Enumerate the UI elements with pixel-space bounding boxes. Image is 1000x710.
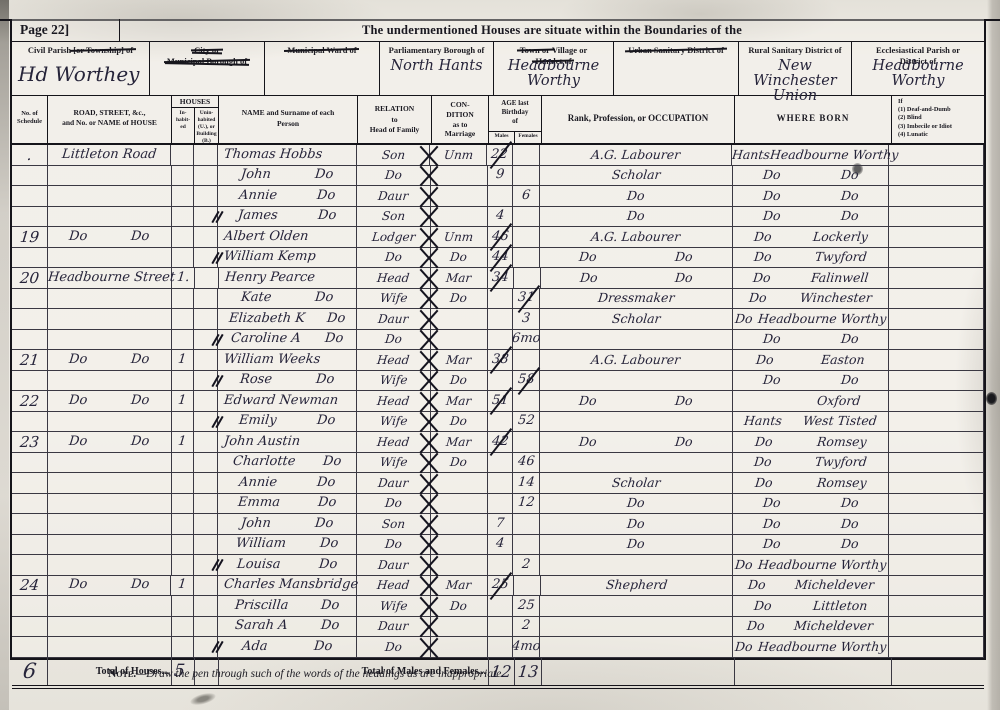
condition-cell: Mar [431, 432, 488, 452]
infirmity-cell [889, 555, 984, 575]
relation-cell: Do [357, 330, 431, 350]
census-row: 23DoDo1John AustinHeadMar42DoDoDoRomsey [12, 432, 984, 453]
scan-right-edge [987, 0, 1000, 710]
age-female-cell: 14 [513, 473, 540, 493]
road-cell [48, 330, 172, 350]
schedule-number-cell: 20 [12, 268, 48, 288]
schedule-number-cell [12, 186, 48, 206]
occupation-cell: Do [540, 535, 732, 555]
road-cell [48, 289, 172, 309]
road-cell: DoDo [48, 391, 172, 411]
district-printed-label: Municipal Ward of [265, 42, 379, 56]
road-cell: Littleton Road [48, 145, 172, 165]
age-female-cell [513, 514, 540, 534]
occupation-cell: DoDo [540, 391, 732, 411]
col-header-age: AGE last Birthday of Males Females [489, 96, 542, 143]
col-header-road: ROAD, STREET, &c., and No. or NAME of HO… [48, 96, 172, 143]
condition-cell [431, 207, 488, 227]
col-header-males: Males [489, 132, 515, 143]
road-cell [48, 453, 172, 473]
where-born-cell: DoDo [733, 371, 890, 391]
col-header-inhabited: In- habit- ed [172, 108, 195, 143]
schedule-number-cell [12, 596, 48, 616]
road-cell [48, 248, 172, 268]
inhabited-cell [172, 371, 195, 391]
road-cell [48, 555, 172, 575]
uninhabited-cell [194, 166, 218, 186]
road-cell [48, 309, 172, 329]
schedule-number-cell [12, 207, 48, 227]
age-male-cell [488, 637, 514, 657]
census-row: Sarah ADoDaur2DoMicheldever [12, 617, 984, 638]
boundary-title: The undermentioned Houses are situate wi… [120, 19, 984, 41]
district-printed-label: City orMunicipal Borough of [150, 42, 264, 66]
relation-cell: Do [357, 494, 431, 514]
totals-blank-occupation [542, 658, 735, 685]
condition-cell: Unm [430, 145, 487, 165]
where-born-cell: DoLittleton [733, 596, 890, 616]
where-born-cell: DoHeadbourne Worthy [733, 637, 890, 657]
name-cell: Edward Newman [218, 391, 357, 411]
district-handwritten-value: Hd Worthey [12, 64, 149, 85]
uninhabited-cell [194, 227, 218, 247]
inhabited-cell [172, 186, 195, 206]
total-schedules: 6 [12, 658, 48, 685]
road-cell [48, 186, 172, 206]
age-male-cell: 38 [488, 350, 514, 370]
where-born-cell: DoDo [733, 330, 890, 350]
infirmity-cell [889, 350, 984, 370]
col-header-infirmity: If (1) Deaf-and-Dumb (2) Blind (3) Imbec… [892, 96, 984, 143]
relation-cell: Head [357, 350, 431, 370]
age-label: AGE last Birthday of [489, 96, 541, 131]
col-header-name: NAME and Surname of each Person [219, 96, 358, 143]
uninhabited-cell [194, 207, 218, 227]
inhabited-cell: 1 [172, 432, 195, 452]
inhabited-cell [172, 617, 195, 637]
where-born-cell: DoRomsey [733, 473, 890, 493]
age-male-cell: 42 [488, 432, 514, 452]
name-cell: JamesDo [218, 207, 357, 227]
age-female-cell [513, 432, 540, 452]
name-cell: Caroline ADo [218, 330, 357, 350]
infirmity-cell [889, 248, 984, 268]
age-male-cell [488, 371, 514, 391]
road-cell [48, 494, 172, 514]
schedule-number-cell: 21 [12, 350, 48, 370]
relation-cell: Daur [357, 473, 431, 493]
age-male-cell [488, 555, 514, 575]
col-header-occupation: Rank, Profession, or OCCUPATION [542, 96, 735, 143]
where-born-cell: DoTwyford [733, 248, 890, 268]
where-born-cell: DoDo [733, 207, 890, 227]
footnote-body: —Draw the pen through such of the words … [136, 668, 504, 680]
condition-cell [431, 494, 488, 514]
age-female-cell [514, 268, 541, 288]
where-born-cell: DoDo [733, 514, 890, 534]
infirmity-cell [889, 207, 984, 227]
inhabited-cell [172, 248, 195, 268]
name-cell: WilliamDo [218, 535, 357, 555]
condition-cell [431, 637, 488, 657]
condition-cell [431, 555, 488, 575]
occupation-cell [540, 637, 732, 657]
census-row: CharlotteDoWifeDo46DoTwyford [12, 453, 984, 474]
condition-cell: Do [431, 371, 488, 391]
infirmity-cell [889, 453, 984, 473]
road-cell [48, 535, 172, 555]
age-female-cell: 25 [513, 596, 540, 616]
inhabited-cell: 1 [172, 350, 195, 370]
age-male-cell [488, 186, 514, 206]
uninhabited-cell [194, 453, 218, 473]
schedule-number-cell [12, 371, 48, 391]
schedule-number-cell [12, 535, 48, 555]
road-cell: DoDo [48, 576, 172, 596]
census-row: 22DoDo1Edward NewmanHeadMar51DoDoOxford [12, 391, 984, 412]
name-cell: AnnieDo [218, 473, 357, 493]
age-female-cell [513, 391, 540, 411]
footnote-head: Note. [108, 668, 136, 680]
where-born-cell: Oxford [733, 391, 890, 411]
inhabited-cell [172, 289, 195, 309]
census-row: AdaDoDo4moDoHeadbourne Worthy [12, 637, 984, 658]
occupation-cell: A.G. Labourer [540, 227, 732, 247]
census-row: William KempDoDo44DoDoDoTwyford [12, 248, 984, 269]
uninhabited-cell [194, 555, 218, 575]
age-female-cell [513, 145, 540, 165]
uninhabited-cell [194, 637, 218, 657]
condition-cell [431, 186, 488, 206]
infirmity-cell [889, 227, 984, 247]
condition-cell [431, 166, 488, 186]
census-form-frame: Page 22] The undermentioned Houses are s… [10, 19, 986, 660]
census-row: Caroline ADoDo6moDoDo [12, 330, 984, 351]
col-header-condition: CON- DITION as to Marriage [432, 96, 489, 143]
where-born-cell: DoMicheldever [733, 617, 890, 637]
infirmity-cell [889, 391, 984, 411]
age-male-cell: 51 [488, 391, 514, 411]
relation-cell: Head [357, 432, 431, 452]
inhabited-cell: 1 [172, 391, 195, 411]
infirmity-cell [889, 617, 984, 637]
name-cell: William Weeks [218, 350, 357, 370]
infirmity-cell [889, 330, 984, 350]
road-cell [48, 514, 172, 534]
condition-cell: Do [431, 412, 488, 432]
age-female-cell: 2 [513, 617, 540, 637]
schedule-number-cell [12, 494, 48, 514]
census-row: AnnieDoDaur6DoDoDo [12, 186, 984, 207]
where-born-cell: DoLockerly [733, 227, 890, 247]
inhabited-cell [171, 145, 194, 165]
occupation-cell: Scholar [540, 309, 732, 329]
schedule-number-cell: 23 [12, 432, 48, 452]
scan-left-edge [0, 0, 9, 710]
where-born-cell: DoDo [733, 535, 890, 555]
age-male-cell: 4 [488, 207, 514, 227]
schedule-number-cell [12, 412, 48, 432]
relation-cell: Son [357, 145, 431, 165]
census-row: 21DoDo1William WeeksHeadMar38A.G. Labour… [12, 350, 984, 371]
uninhabited-cell [194, 514, 218, 534]
district-handwritten-value: Headbourne Worthy [494, 59, 613, 89]
census-row: KateDoWifeDo31DressmakerDoWinchester [12, 289, 984, 310]
schedule-number-cell [12, 453, 48, 473]
condition-cell [431, 535, 488, 555]
uninhabited-cell [194, 576, 218, 596]
inhabited-cell [172, 309, 195, 329]
relation-cell: Do [357, 637, 431, 657]
census-row: EmilyDoWifeDo52HantsWest Tisted [12, 412, 984, 433]
district-handwritten-value: North Hants [380, 59, 493, 74]
age-female-cell: 2 [513, 555, 540, 575]
name-cell: Henry Pearce [219, 268, 358, 288]
schedule-number-cell [12, 289, 48, 309]
ink-blot [986, 392, 997, 405]
relation-cell: Head [357, 268, 431, 288]
name-cell: John Austin [218, 432, 357, 452]
occupation-cell: DoDo [540, 432, 732, 452]
totals-blank-born [735, 658, 892, 685]
census-row: Elizabeth KDoDaur3ScholarDoHeadbourne Wo… [12, 309, 984, 330]
age-male-cell [488, 330, 514, 350]
col-header-uninhabited: Unin- habited (U.), or Building (B.) [195, 108, 218, 143]
relation-cell: Wife [357, 371, 431, 391]
occupation-cell [540, 453, 732, 473]
name-cell: EmmaDo [218, 494, 357, 514]
infirmity-cell [889, 412, 984, 432]
condition-cell: Mar [431, 268, 488, 288]
district-header-5: Town or Village orHamlet ofHeadbourne Wo… [494, 42, 614, 95]
infirmity-cell [889, 535, 984, 555]
name-cell: PriscillaDo [218, 596, 357, 616]
road-cell: DoDo [48, 350, 172, 370]
age-male-cell: 25 [488, 576, 514, 596]
schedule-number-cell: 22 [12, 391, 48, 411]
uninhabited-cell [194, 248, 218, 268]
uninhabited-cell [194, 371, 218, 391]
condition-cell: Do [431, 596, 488, 616]
infirmity-cell [889, 309, 984, 329]
where-born-cell: DoHeadbourne Worthy [733, 555, 890, 575]
uninhabited-cell [194, 494, 218, 514]
district-printed-label: Civil Parish [or Township] of [12, 42, 149, 56]
name-cell: Charles Mansbridge [218, 576, 357, 596]
age-female-cell [513, 350, 540, 370]
relation-cell: Do [357, 166, 431, 186]
census-scan-page: Page 22] The undermentioned Houses are s… [0, 0, 1000, 710]
uninhabited-cell [194, 289, 218, 309]
occupation-cell: Do [540, 207, 732, 227]
infirmity-cell [889, 473, 984, 493]
age-female-cell: 6mo [513, 330, 540, 350]
name-cell: William Kemp [218, 248, 357, 268]
inhabited-cell [172, 473, 195, 493]
name-cell: Sarah ADo [218, 617, 357, 637]
footnote: Note.—Draw the pen through such of the w… [108, 668, 504, 680]
infirmity-cell [889, 186, 984, 206]
age-male-cell [488, 494, 514, 514]
census-row: RoseDoWifeDo58DoDo [12, 371, 984, 392]
age-male-cell: 22 [487, 145, 513, 165]
age-female-cell: 31 [513, 289, 540, 309]
relation-cell: Wife [357, 412, 431, 432]
uninhabited-cell [194, 309, 218, 329]
condition-cell [431, 514, 488, 534]
age-male-cell [488, 289, 514, 309]
name-cell: KateDo [218, 289, 357, 309]
schedule-number-cell [12, 330, 48, 350]
occupation-cell: A.G. Labourer [540, 145, 732, 165]
age-male-cell: 4 [488, 535, 514, 555]
infirmity-cell [889, 596, 984, 616]
age-female-cell: 6 [513, 186, 540, 206]
census-entries: .Littleton RoadThomas HobbsSonUnm22A.G. … [12, 145, 984, 658]
age-female-cell [513, 166, 540, 186]
where-born-cell: DoTwyford [733, 453, 890, 473]
condition-cell [431, 473, 488, 493]
district-header-7: Rural Sanitary District ofNew Winchester… [739, 42, 852, 95]
district-printed-label: Parliamentary Borough of [380, 42, 493, 56]
name-cell: Thomas Hobbs [218, 145, 356, 165]
infirmity-cell [889, 432, 984, 452]
age-female-cell: 4mo [513, 637, 540, 657]
inhabited-cell [172, 535, 195, 555]
inhabited-cell [172, 596, 195, 616]
inhabited-cell [172, 514, 195, 534]
condition-cell: Mar [431, 350, 488, 370]
name-cell: LouisaDo [218, 555, 357, 575]
occupation-cell: DoDo [541, 268, 733, 288]
houses-label: HOUSES [172, 96, 218, 108]
road-cell [48, 207, 172, 227]
inhabited-cell [172, 637, 195, 657]
schedule-number-cell [12, 473, 48, 493]
road-cell [48, 473, 172, 493]
age-male-cell: 46 [488, 227, 514, 247]
age-female-cell: 3 [513, 309, 540, 329]
occupation-cell: Scholar [540, 473, 732, 493]
uninhabited-cell [194, 186, 218, 206]
district-header-band: Civil Parish [or Township] ofHd WortheyC… [12, 42, 984, 96]
relation-cell: Do [357, 248, 431, 268]
where-born-cell: HantsHeadbourne Worthy [732, 145, 889, 165]
uninhabited-cell [194, 412, 218, 432]
age-female-cell: 58 [513, 371, 540, 391]
inhabited-cell: 1. [172, 268, 195, 288]
road-cell [48, 166, 172, 186]
infirmity-cell [889, 494, 984, 514]
infirmity-cell [889, 166, 984, 186]
uninhabited-cell [194, 535, 218, 555]
col-header-relation: RELATION to Head of Family [358, 96, 432, 143]
census-row: 24DoDo1Charles MansbridgeHeadMar25Shephe… [12, 576, 984, 597]
age-male-cell [488, 596, 514, 616]
inhabited-cell [172, 166, 195, 186]
uninhabited-cell [194, 350, 218, 370]
uninhabited-cell [194, 617, 218, 637]
uninhabited-cell [194, 391, 218, 411]
relation-cell: Wife [357, 596, 431, 616]
infirmity-cell [889, 637, 984, 657]
uninhabited-cell [194, 596, 218, 616]
condition-cell [431, 309, 488, 329]
name-cell: AnnieDo [218, 186, 357, 206]
relation-cell: Daur [357, 617, 431, 637]
relation-cell: Wife [357, 289, 431, 309]
occupation-cell: Dressmaker [540, 289, 732, 309]
district-printed-label: Rural Sanitary District of [739, 42, 851, 56]
inhabited-cell [172, 453, 195, 473]
name-cell: JohnDo [218, 166, 357, 186]
totals-blank-infirmity [892, 658, 984, 685]
occupation-cell [540, 330, 732, 350]
where-born-cell: DoDo [733, 494, 890, 514]
age-male-cell: 34 [488, 268, 514, 288]
name-cell: Albert Olden [218, 227, 357, 247]
uninhabited-cell [194, 432, 218, 452]
name-cell: AdaDo [218, 637, 357, 657]
relation-cell: Do [357, 535, 431, 555]
census-row: JohnDoDo9ScholarDoDo [12, 166, 984, 187]
uninhabited-cell [195, 268, 219, 288]
district-handwritten-value: Headbourne Worthy [852, 59, 984, 89]
uninhabited-cell [194, 330, 218, 350]
age-male-cell [488, 453, 514, 473]
condition-cell: Mar [431, 576, 488, 596]
inhabited-cell [172, 412, 195, 432]
condition-cell: Unm [431, 227, 488, 247]
district-header-6: Urban Sanitary District of [614, 42, 739, 95]
inhabited-cell [172, 330, 195, 350]
occupation-cell: Do [540, 514, 732, 534]
infirmity-cell [889, 145, 984, 165]
infirmity-cell [889, 514, 984, 534]
district-header-3: Municipal Ward of [265, 42, 380, 95]
name-cell: EmilyDo [218, 412, 357, 432]
census-row: JohnDoSon7DoDoDo [12, 514, 984, 535]
col-header-females: Females [515, 132, 541, 143]
age-male-cell [488, 617, 514, 637]
page-number: Page 22] [12, 19, 120, 41]
schedule-number-cell: . [12, 145, 48, 165]
age-male-cell: 7 [488, 514, 514, 534]
col-header-schedule: No. of Schedule [12, 96, 48, 143]
occupation-cell [540, 371, 732, 391]
occupation-cell: Shepherd [541, 576, 733, 596]
where-born-cell: DoEaston [733, 350, 890, 370]
occupation-cell: Scholar [540, 166, 732, 186]
district-header-4: Parliamentary Borough ofNorth Hants [380, 42, 494, 95]
district-handwritten-value: New Winchester Union [739, 59, 851, 105]
age-female-cell: 46 [513, 453, 540, 473]
scan-smudge [189, 691, 217, 707]
district-printed-label: Urban Sanitary District of [614, 42, 738, 56]
where-born-cell: DoFalinwell [733, 268, 889, 288]
name-cell: JohnDo [218, 514, 357, 534]
condition-cell: Do [431, 453, 488, 473]
schedule-number-cell: 24 [12, 576, 48, 596]
age-male-cell: 9 [488, 166, 514, 186]
age-female-cell [513, 207, 540, 227]
road-cell [48, 617, 172, 637]
occupation-cell [540, 617, 732, 637]
where-born-cell: HantsWest Tisted [733, 412, 890, 432]
census-row: AnnieDoDaur14ScholarDoRomsey [12, 473, 984, 494]
census-row: .Littleton RoadThomas HobbsSonUnm22A.G. … [12, 145, 984, 166]
schedule-number-cell [12, 637, 48, 657]
